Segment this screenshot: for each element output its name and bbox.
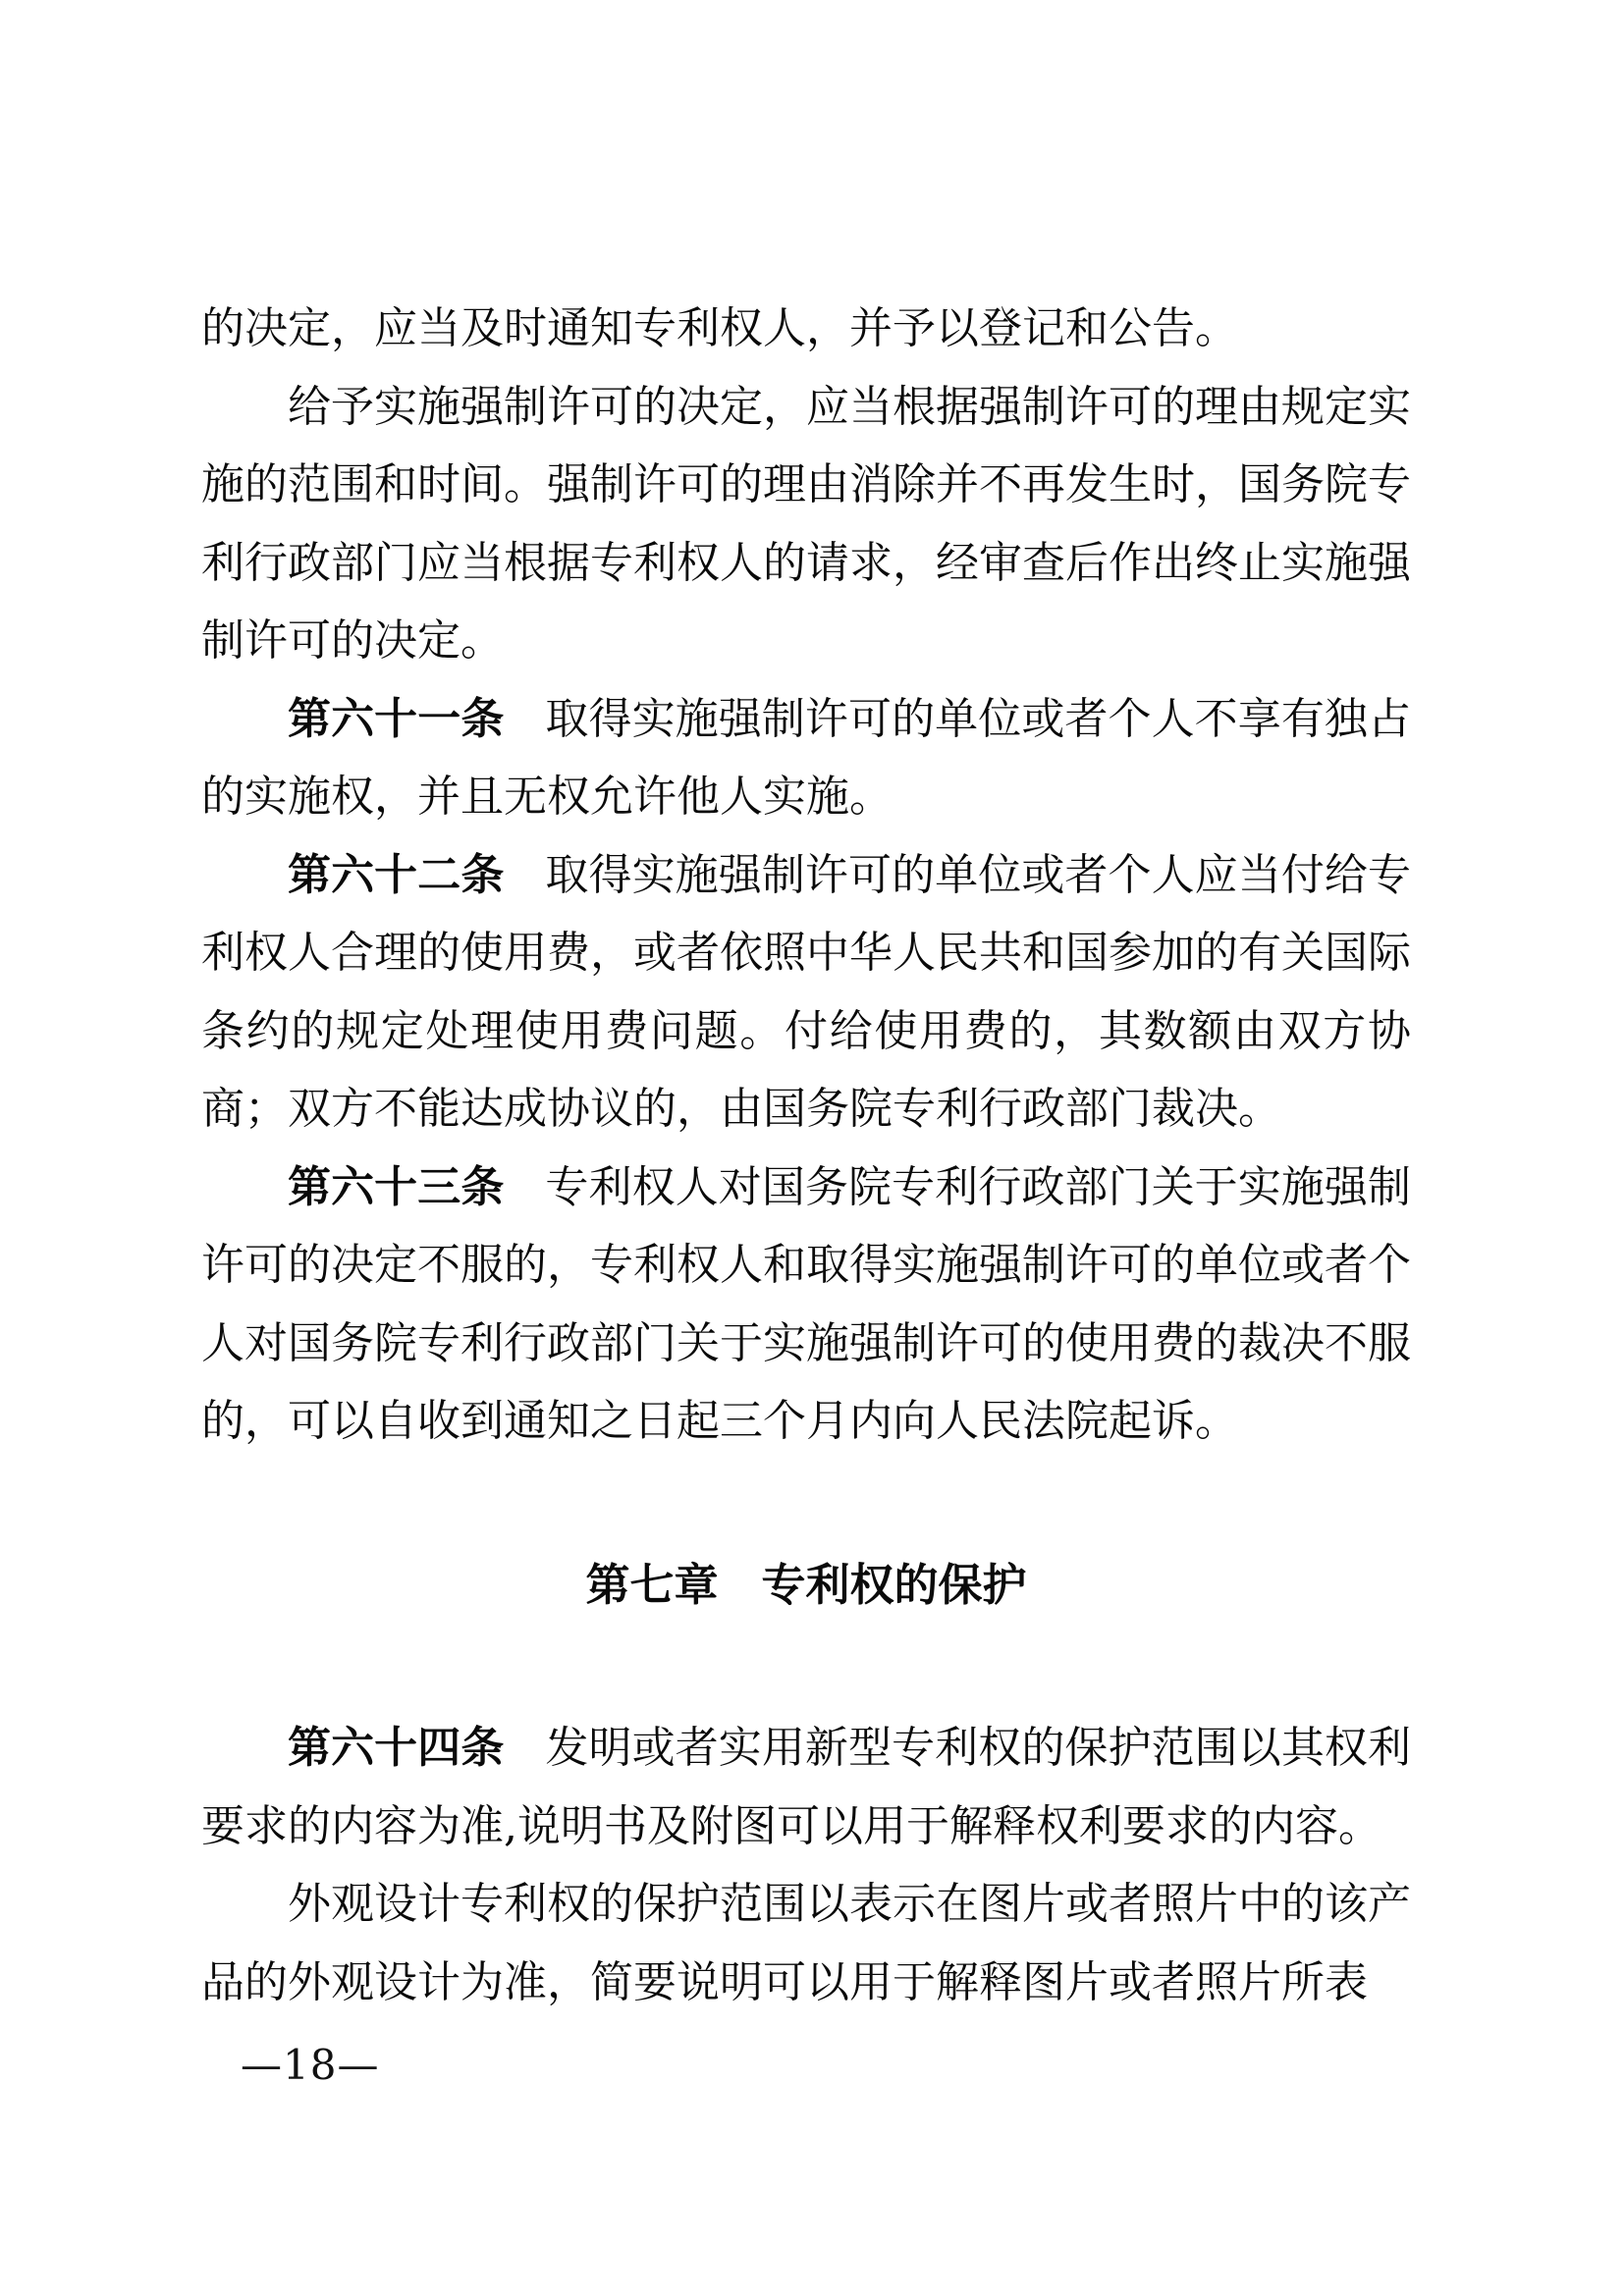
paragraph: 给予实施强制许可的决定，应当根据强制许可的理由规定实施的范围和时间。强制许可的理…: [201, 368, 1411, 680]
article-number: 第六十三条: [288, 1162, 504, 1212]
paragraph-article-61: 第六十一条取得实施强制许可的单位或者个人不享有独占的实施权，并且无权允许他人实施…: [201, 680, 1411, 836]
chapter-title: 专利权的保护: [762, 1546, 1027, 1625]
paragraph-continuation: 的决定，应当及时通知专利权人，并予以登记和公告。: [201, 290, 1411, 368]
chapter-heading: 第七章专利权的保护: [201, 1546, 1411, 1625]
paragraph-text: 的决定，应当及时通知专利权人，并予以登记和公告。: [201, 303, 1238, 353]
paragraph-text: 外观设计专利权的保护范围以表示在图片或者照片中的该产品的外观设计为准，简要说明可…: [201, 1879, 1411, 2007]
document-page: 的决定，应当及时通知专利权人，并予以登记和公告。 给予实施强制许可的决定，应当根…: [0, 0, 1624, 2296]
chapter-number: 第七章: [585, 1546, 718, 1625]
paragraph-text: 给予实施强制许可的决定，应当根据强制许可的理由规定实施的范围和时间。强制许可的理…: [201, 382, 1411, 667]
paragraph-article-62: 第六十二条取得实施强制许可的单位或者个人应当付给专利权人合理的使用费，或者依照中…: [201, 836, 1411, 1148]
article-number: 第六十二条: [288, 850, 504, 900]
paragraph-article-64: 第六十四条发明或者实用新型专利权的保护范围以其权利要求的内容为准,说明书及附图可…: [201, 1709, 1411, 1865]
article-number: 第六十一条: [288, 694, 504, 744]
article-number: 第六十四条: [288, 1723, 504, 1773]
page-number: —18—: [241, 2042, 379, 2089]
paragraph: 外观设计专利权的保护范围以表示在图片或者照片中的该产品的外观设计为准，简要说明可…: [201, 1865, 1411, 2021]
paragraph-article-63: 第六十三条专利权人对国务院专利行政部门关于实施强制许可的决定不服的，专利权人和取…: [201, 1148, 1411, 1461]
page-content: 的决定，应当及时通知专利权人，并予以登记和公告。 给予实施强制许可的决定，应当根…: [201, 290, 1411, 2021]
